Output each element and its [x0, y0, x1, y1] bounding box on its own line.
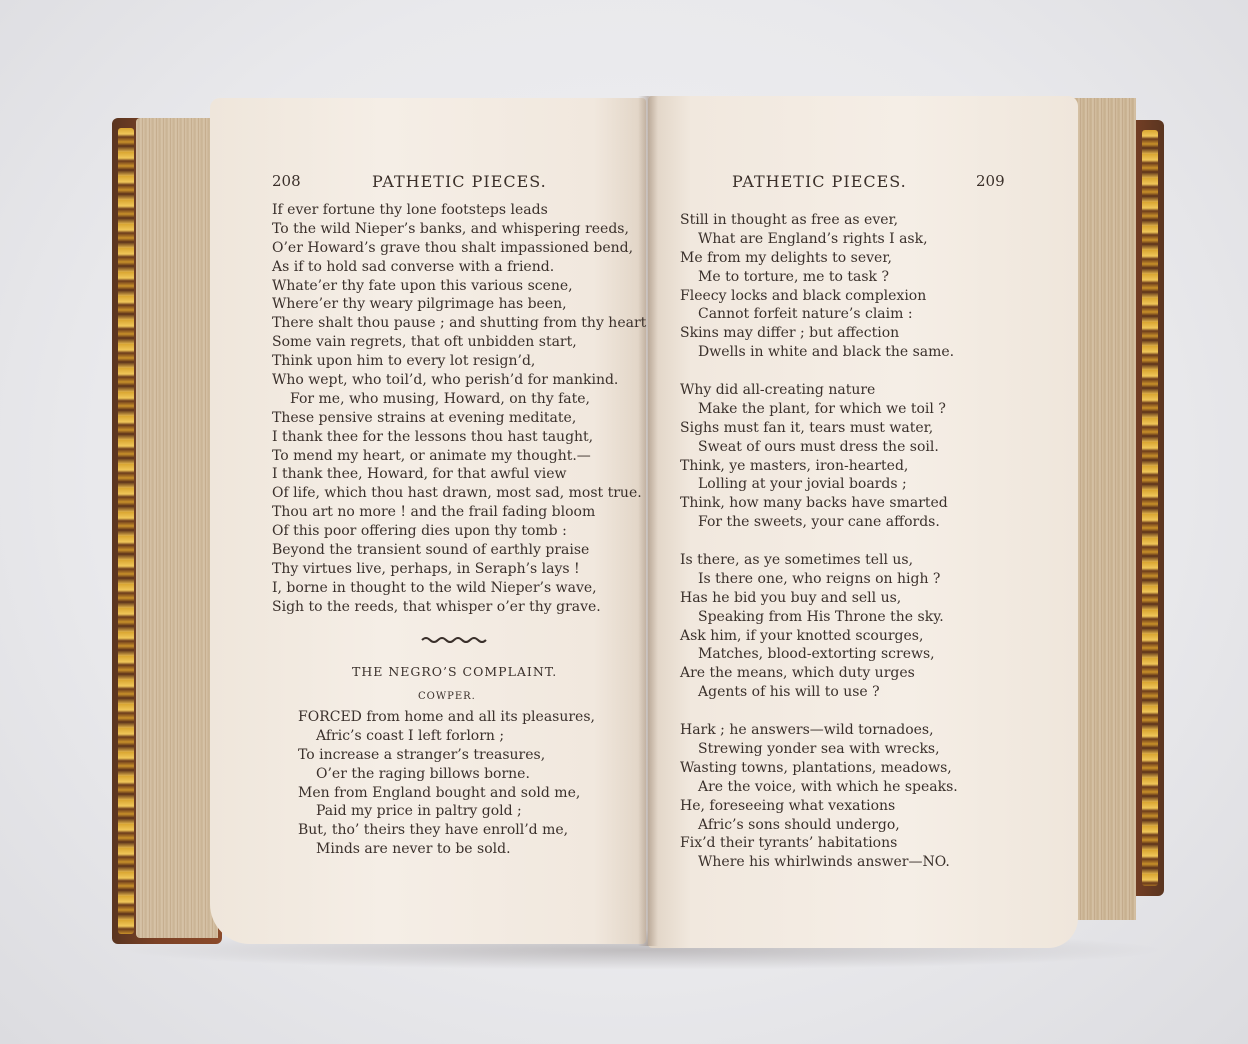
text-line: Minds are never to be sold. [298, 840, 595, 859]
text-line: Afric’s sons should undergo, [680, 816, 958, 835]
text-line: Is there, as ye sometimes tell us, [680, 551, 958, 570]
left-page-text: If ever fortune thy lone footsteps leads… [272, 201, 646, 617]
poem-title: THE NEGRO’S COMPLAINT. [352, 664, 557, 679]
text-line: Men from England bought and sold me, [298, 784, 595, 803]
right-page-block [1074, 98, 1136, 920]
text-line: Speaking from His Throne the sky. [680, 608, 958, 627]
text-line: Still in thought as free as ever, [680, 211, 958, 230]
text-line: Me from my delights to sever, [680, 249, 958, 268]
text-line: Sigh to the reeds, that whisper o’er thy… [272, 598, 646, 617]
text-line: Lolling at your jovial boards ; [680, 475, 958, 494]
text-line: FORCED from home and all its pleasures, [298, 708, 595, 727]
text-line: For the sweets, your cane affords. [680, 513, 958, 532]
text-line: Sweat of ours must dress the soil. [680, 438, 958, 457]
text-line: Cannot forfeit nature’s claim : [680, 305, 958, 324]
text-line: For me, who musing, Howard, on thy fate, [272, 390, 646, 409]
text-line: Think, ye masters, iron-hearted, [680, 457, 958, 476]
text-line: Fix’d their tyrants’ habitations [680, 834, 958, 853]
gilt-tooling [118, 128, 134, 934]
page-number-left: 208 [272, 172, 301, 190]
text-line: O’er the raging billows borne. [298, 765, 595, 784]
text-line: Think upon him to every lot resign’d, [272, 352, 646, 371]
text-line: Beyond the transient sound of earthly pr… [272, 541, 646, 560]
text-line: Matches, blood-extorting screws, [680, 645, 958, 664]
text-line: O’er Howard’s grave thou shalt impassion… [272, 239, 646, 258]
text-line: Is there one, who reigns on high ? [680, 570, 958, 589]
text-line: To the wild Nieper’s banks, and whisperi… [272, 220, 646, 239]
text-line: Whate’er thy fate upon this various scen… [272, 277, 646, 296]
text-line: Where his whirlwinds answer—NO. [680, 853, 958, 872]
text-line: Afric’s coast I left forlorn ; [298, 727, 595, 746]
text-line: Ask him, if your knotted scourges, [680, 627, 958, 646]
text-line: Where’er thy weary pilgrimage has been, [272, 295, 646, 314]
text-line: Of life, which thou hast drawn, most sad… [272, 484, 646, 503]
text-line: What are England’s rights I ask, [680, 230, 958, 249]
text-line: As if to hold sad converse with a friend… [272, 258, 646, 277]
text-line: I, borne in thought to the wild Nieper’s… [272, 579, 646, 598]
left-page-block [136, 118, 218, 938]
wavy-rule-ornament [420, 634, 488, 644]
text-line: There shalt thou pause ; and shutting fr… [272, 314, 646, 333]
text-line: Dwells in white and black the same. [680, 343, 958, 362]
text-line: Wasting towns, plantations, meadows, [680, 759, 958, 778]
text-line: These pensive strains at evening meditat… [272, 409, 646, 428]
text-line: Are the voice, with which he speaks. [680, 778, 958, 797]
gilt-tooling [1142, 130, 1158, 886]
text-line: But, tho’ theirs they have enroll’d me, [298, 821, 595, 840]
text-line: Paid my price in paltry gold ; [298, 802, 595, 821]
poem-opening-stanza: FORCED from home and all its pleasures, … [298, 708, 595, 859]
text-line: Has he bid you buy and sell us, [680, 589, 958, 608]
text-line: To mend my heart, or animate my thought.… [272, 447, 646, 466]
running-head-left: PATHETIC PIECES. [372, 172, 547, 191]
text-line: Why did all-creating nature [680, 381, 958, 400]
text-line: I thank thee, Howard, for that awful vie… [272, 465, 646, 484]
text-line: Thou art no more ! and the frail fading … [272, 503, 646, 522]
text-line: Agents of his will to use ? [680, 683, 958, 702]
text-line: Me to torture, me to task ? [680, 268, 958, 287]
text-line: Strewing yonder sea with wrecks, [680, 740, 958, 759]
text-line: I thank thee for the lessons thou hast t… [272, 428, 646, 447]
text-line: He, foreseeing what vexations [680, 797, 958, 816]
text-line: Who wept, who toil’d, who perish’d for m… [272, 371, 646, 390]
running-head-right: PATHETIC PIECES. [732, 172, 907, 191]
text-line: Think, how many backs have smarted [680, 494, 958, 513]
page-number-right: 209 [976, 172, 1005, 190]
text-line: Are the means, which duty urges [680, 664, 958, 683]
text-line: Skins may differ ; but affection [680, 324, 958, 343]
text-line: To increase a stranger’s treasures, [298, 746, 595, 765]
text-line: Make the plant, for which we toil ? [680, 400, 958, 419]
poem-author: COWPER. [418, 691, 476, 702]
right-page-text: Still in thought as free as ever, What a… [680, 211, 958, 872]
text-line: Of this poor offering dies upon thy tomb… [272, 522, 646, 541]
text-line: Hark ; he answers—wild tornadoes, [680, 721, 958, 740]
text-line: Fleecy locks and black complexion [680, 287, 958, 306]
text-line: If ever fortune thy lone footsteps leads [272, 201, 646, 220]
text-line: Sighs must fan it, tears must water, [680, 419, 958, 438]
text-line: Thy virtues live, perhaps, in Seraph’s l… [272, 560, 646, 579]
text-line: Some vain regrets, that oft unbidden sta… [272, 333, 646, 352]
